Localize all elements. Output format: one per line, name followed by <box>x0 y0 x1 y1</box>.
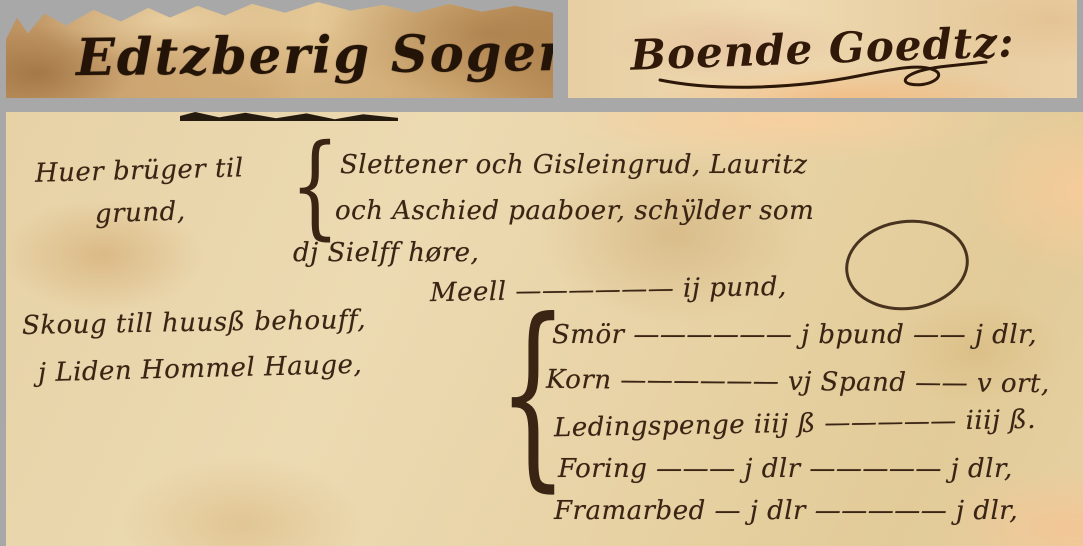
entry1-curly-brace: { <box>290 130 340 242</box>
ledger-row-meell: Meell —————— ij pund, <box>430 272 787 308</box>
entry1-label-line2: grund, <box>95 196 186 229</box>
manuscript-scan-page: Edtzberig Sogen, Boende Goedtz: Huer brü… <box>0 0 1083 546</box>
entry1-text-line3: dj Sielff høre, <box>293 238 479 268</box>
ledger-row-foring: Foring ——— j dlr ————— j dlr, <box>558 454 1013 484</box>
parish-header-panel: Edtzberig Sogen, <box>6 0 553 98</box>
ledger-row-smor: Smör —————— j bpund —— j dlr, <box>552 320 1037 350</box>
entry2-label-line1: Skoug till huusß behouff, <box>22 305 366 341</box>
entry1-text-line2: och Aschied paaboer, schÿlder som <box>335 196 814 226</box>
entry1-label-line1: Huer brüger til <box>35 153 244 188</box>
ink-swash-flourish <box>658 58 988 92</box>
torn-page-edge <box>180 112 398 121</box>
entry2-label-line2: j Liden Hommel Hauge, <box>38 350 363 388</box>
ledger-row-framarbed: Framarbed — j dlr ————— j dlr, <box>554 496 1018 526</box>
ledger-row-korn: Korn —————— vj Spand —— v ort, <box>546 365 1050 399</box>
section-header-panel: Boende Goedtz: <box>568 0 1077 98</box>
ink-loop-flourish <box>840 213 974 317</box>
parish-title: Edtzberig Sogen, <box>6 23 554 89</box>
entry1-text-line1: Slettener och Gisleingrud, Lauritz <box>340 150 807 180</box>
ledger-row-ledingspenge: Ledingspenge iiij ß ————— iiij ß. <box>554 405 1036 443</box>
manuscript-body: Huer brüger til grund, { Slettener och G… <box>6 112 1083 546</box>
